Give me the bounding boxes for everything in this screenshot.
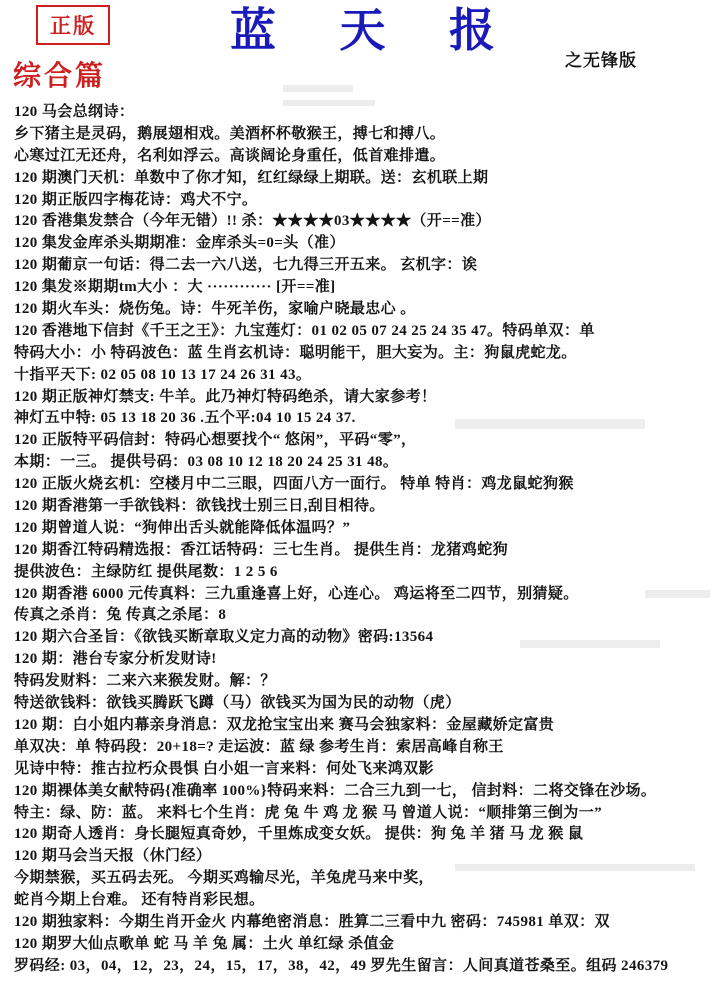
report-line: 120 集发金库杀头期期准：金库杀头=0=头（准）	[14, 233, 720, 255]
report-line: 120 期：港台专家分析发财诗!	[14, 649, 720, 671]
report-body: 120 马会总纲诗：乡下猪主是灵码，鹅展翅相戏。美酒杯杯敬猴王，搏七和搏八。心寒…	[14, 102, 720, 978]
report-line: 120 期罗大仙点歌单 蛇 马 羊 兔 属：土火 单红绿 杀值金	[14, 934, 720, 956]
report-line: 今期禁猴，买五码去死。 今期买鸡输尽光，羊兔虎马来中奖，	[14, 868, 720, 890]
report-line: 120 正版特平码信封：特码心想要找个“ 悠闲”，平码“零”，	[14, 430, 720, 452]
report-line: 特码大小：小 特码波色：蓝 生肖玄机诗：聪明能干，胆大妄为。主：狗鼠虎蛇龙。	[14, 343, 720, 365]
report-line: 120 期独家料：今期生肖开金火 内幕绝密消息：胜算二三看中九 密码：74598…	[14, 912, 720, 934]
report-line: 神灯五中特: 05 13 18 20 36 .五个平:04 10 15 24 3…	[14, 408, 720, 430]
report-line: 120 期曾道人说：“狗伸出舌头就能降低体温吗？”	[14, 518, 720, 540]
report-line: 120 期六合圣旨：《欲钱买断章取义定力高的动物》密码:13564	[14, 627, 720, 649]
report-line: 特送欲钱料：欲钱买腾跃飞蹲（马）欲钱买为国为民的动物（虎）	[14, 693, 720, 715]
section-heading: 综合篇	[13, 54, 106, 94]
report-line: 十指平天下: 02 05 08 10 13 17 24 26 31 43。	[14, 365, 720, 387]
report-line: 120 期正版四字梅花诗：鸡犬不宁。	[14, 190, 720, 212]
report-line: 单双决：单 特码段：20+18=? 走运波：蓝 绿 参考生肖：索居高峰自称王	[14, 737, 720, 759]
report-line: 蛇肖今期上台难。 还有特肖彩民想。	[14, 890, 720, 912]
report-line: 120 期葡京一句话：得二去一六八送，七九得三开五来。 玄机字：诶	[14, 255, 720, 277]
report-line: 120 期正版神灯禁支: 牛羊。此乃神灯特码绝杀，请大家参考！	[14, 387, 720, 409]
report-line: 提供波色：主绿防红 提供尾数：1 2 5 6	[14, 562, 720, 584]
report-line: 乡下猪主是灵码，鹅展翅相戏。美酒杯杯敬猴王，搏七和搏八。	[14, 124, 720, 146]
report-line: 传真之杀肖：兔 传真之杀尾：8	[14, 605, 720, 627]
report-line: 特码发财料：二来六来猴发财。解：？	[14, 671, 720, 693]
report-line: 120 期香江特码精选报：香江话特码：三七生肖。 提供生肖：龙猪鸡蛇狗	[14, 540, 720, 562]
report-line: 罗码经: 03，04，12，23，24，15，17，38，42，49 罗先生留言…	[14, 956, 720, 978]
report-line: 120 马会总纲诗：	[14, 102, 720, 124]
report-line: 120 期奇人透肖：身长腿短真奇妙，千里炼成变女妖。 提供：狗 兔 羊 猪 马 …	[14, 824, 720, 846]
edition-label: 之无锋版	[565, 46, 637, 71]
report-line: 特主：绿、防：蓝。 来料七个生肖：虎 兔 牛 鸡 龙 猴 马 曾道人说：“顺排第…	[14, 803, 720, 825]
report-line: 120 正版火烧玄机：空楼月中二三眼，四面八方一面行。 特单 特肖：鸡龙鼠蛇狗猴	[14, 474, 720, 496]
report-line: 120 期火车头：烧伤兔。诗：牛死羊伤，家喻户晓最忠心 。	[14, 299, 720, 321]
report-line: 120 期澳门天机：单数中了你才知，红红绿绿上期联。送：玄机联上期	[14, 168, 720, 190]
report-line: 120 期裸体美女献特码{准确率 100%}特码来料：二合三九到一七， 信封料：…	[14, 781, 720, 803]
report-line: 120 集发※期期tm大小 ：大 ············ [开==准]	[14, 277, 720, 299]
report-line: 本期：一三。 提供号码：03 08 10 12 18 20 24 25 31 4…	[14, 452, 720, 474]
report-line: 120 期马会当天报（休门经）	[14, 846, 720, 868]
report-line: 心寒过江无还舟，名利如浮云。高谈阔论身重任，低首难排遣。	[14, 146, 720, 168]
report-line: 见诗中特：推古拉朽众畏惧 白小姐一言来料：何处飞来鸿双影	[14, 759, 720, 781]
report-line: 120 期香港 6000 元传真料：三九重逢喜上好，心连心。 鸡运将至二四节，别…	[14, 584, 720, 606]
report-line: 120 香港集发禁合（今年无错）!! 杀：★★★★03★★★★（开==准）	[14, 211, 720, 233]
report-line: 120 期香港第一手欲钱料：欲钱找士别三日,刮目相待。	[14, 496, 720, 518]
report-line: 120 香港地下信封《千王之王》：九宝莲灯：01 02 05 07 24 25 …	[14, 321, 720, 343]
scan-artifact	[283, 85, 353, 92]
report-line: 120 期：白小姐内幕亲身消息：双龙抢宝宝出来 赛马会独家料：金屋藏娇定富贵	[14, 715, 720, 737]
